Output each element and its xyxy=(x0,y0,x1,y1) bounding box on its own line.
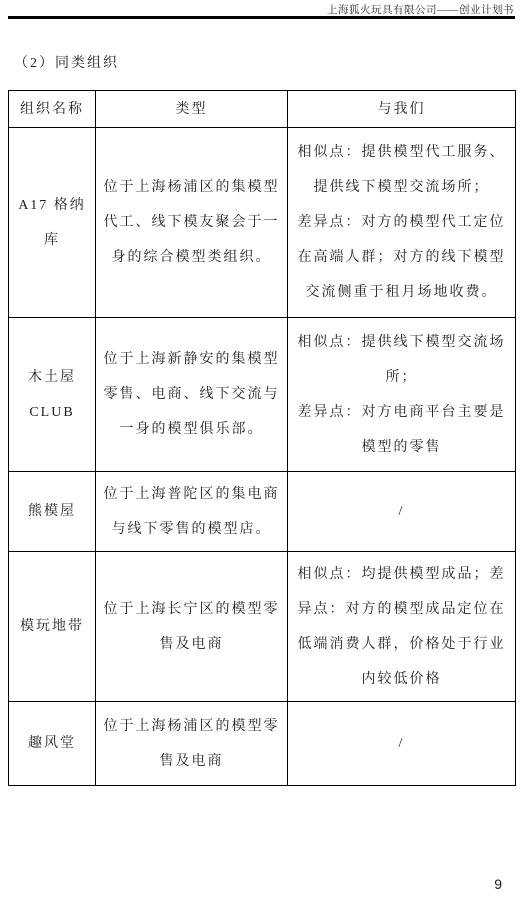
type-cell: 位于上海新静安的集模型零售、电商、线下交流与一身的模型俱乐部。 xyxy=(96,318,288,472)
vs-us-cell: / xyxy=(288,472,516,552)
vs-us-cell: 相似点：提供线下模型交流场所； 差异点：对方电商平台主要是模型的零售 xyxy=(288,318,516,472)
table-row: 模玩地带 位于上海长宁区的模型零售及电商 相似点：均提供模型成品；差异点：对方的… xyxy=(9,552,516,702)
vs-us-cell: 相似点：均提供模型成品；差异点：对方的模型成品定位在低端消费人群，价格处于行业内… xyxy=(288,552,516,702)
type-cell: 位于上海长宁区的模型零售及电商 xyxy=(96,552,288,702)
header-rule xyxy=(8,16,515,19)
type-cell: 位于上海杨浦区的集模型代工、线下模友聚会于一身的综合模型类组织。 xyxy=(96,128,288,318)
type-cell: 位于上海普陀区的集电商与线下零售的模型店。 xyxy=(96,472,288,552)
org-name-cell: A17 格纳库 xyxy=(9,128,96,318)
org-name-cell: 熊模屋 xyxy=(9,472,96,552)
org-name-cell: 木土屋 CLUB xyxy=(9,318,96,472)
table-row: 趣风堂 位于上海杨浦区的模型零售及电商 / xyxy=(9,702,516,786)
table-row: A17 格纳库 位于上海杨浦区的集模型代工、线下模友聚会于一身的综合模型类组织。… xyxy=(9,128,516,318)
similar-organizations-table: 组织名称 类型 与我们 A17 格纳库 位于上海杨浦区的集模型代工、线下模友聚会… xyxy=(8,90,516,786)
table-header-row: 组织名称 类型 与我们 xyxy=(9,91,516,128)
document-page: 上海狐火玩具有限公司——创业计划书 （2）同类组织 组织名称 类型 与我们 A1… xyxy=(0,0,522,900)
page-number: 9 xyxy=(494,876,502,892)
column-header-type: 类型 xyxy=(96,91,288,128)
column-header-org-name: 组织名称 xyxy=(9,91,96,128)
org-name-cell: 趣风堂 xyxy=(9,702,96,786)
running-header-title: 上海狐火玩具有限公司——创业计划书 xyxy=(327,2,514,17)
table-row: 木土屋 CLUB 位于上海新静安的集模型零售、电商、线下交流与一身的模型俱乐部。… xyxy=(9,318,516,472)
vs-us-cell: 相似点：提供模型代工服务、提供线下模型交流场所； 差异点：对方的模型代工定位在高… xyxy=(288,128,516,318)
column-header-vs-us: 与我们 xyxy=(288,91,516,128)
vs-us-cell: / xyxy=(288,702,516,786)
section-heading: （2）同类组织 xyxy=(14,52,119,72)
table-row: 熊模屋 位于上海普陀区的集电商与线下零售的模型店。 / xyxy=(9,472,516,552)
org-name-cell: 模玩地带 xyxy=(9,552,96,702)
type-cell: 位于上海杨浦区的模型零售及电商 xyxy=(96,702,288,786)
